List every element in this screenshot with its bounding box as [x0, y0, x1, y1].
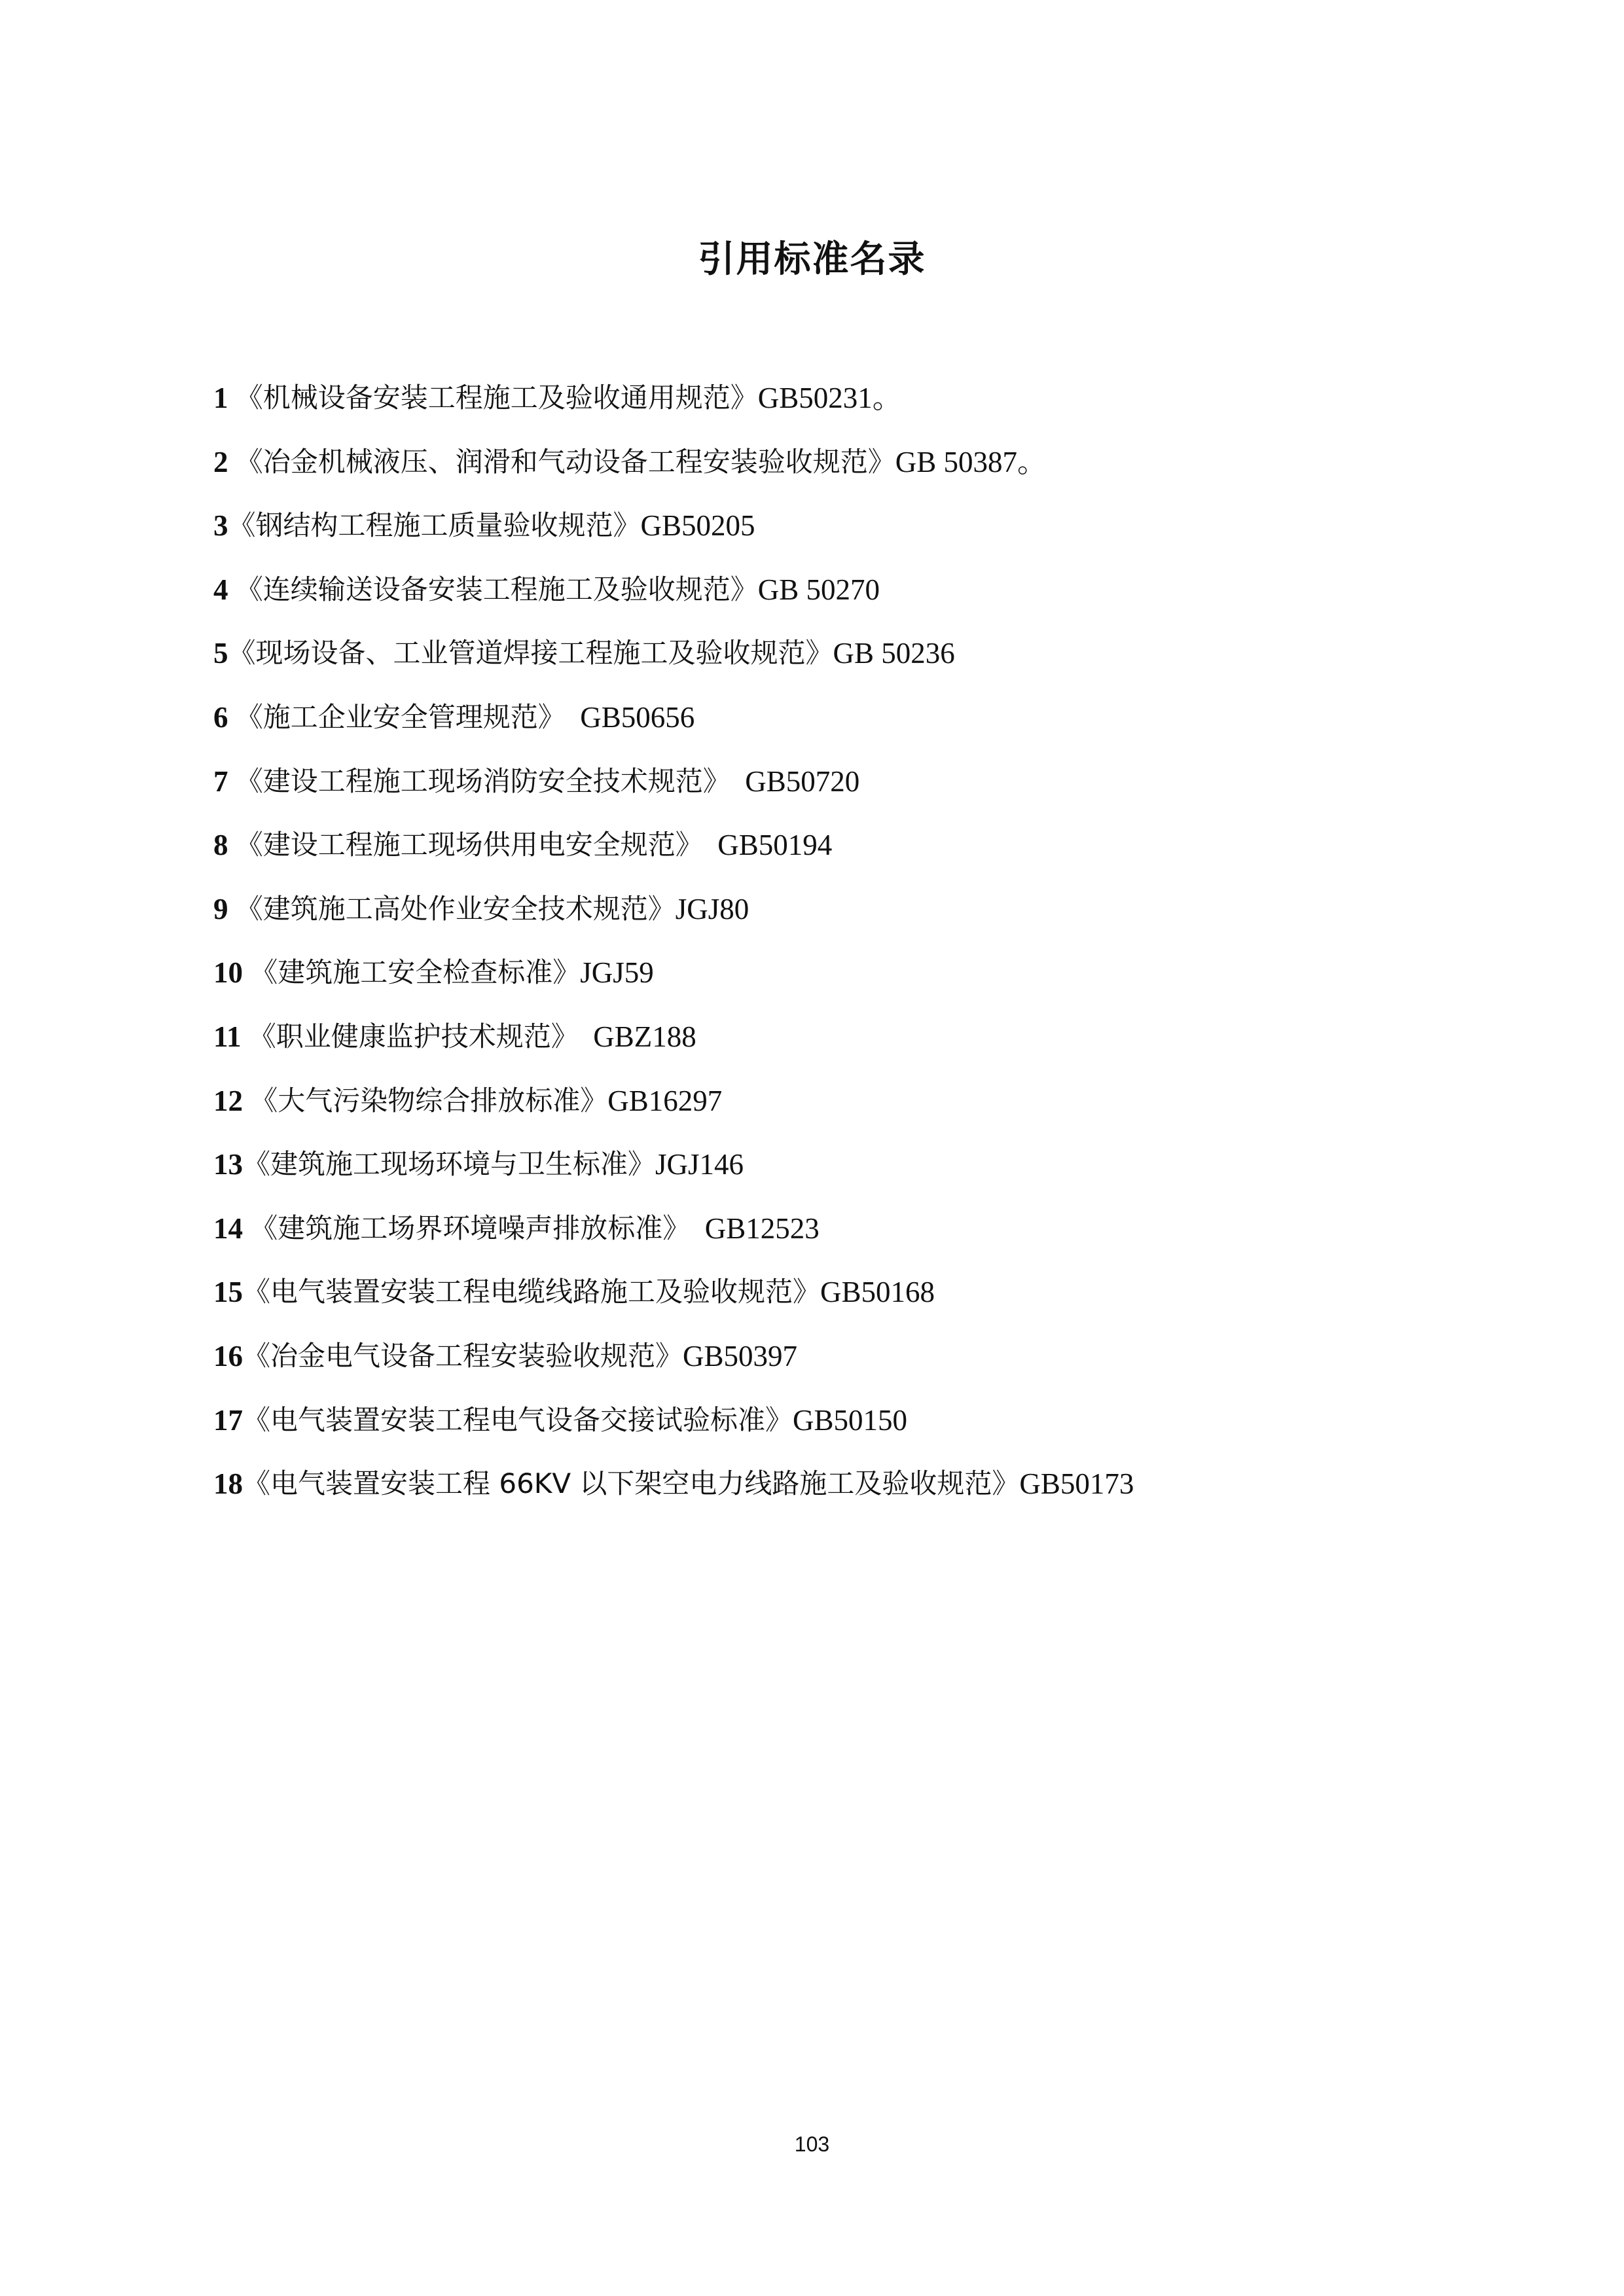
item-title: 《冶金机械液压、润滑和气动设备工程安装验收规范》 [236, 442, 895, 482]
item-title: 《职业健康监护技术规范》 [249, 1017, 579, 1056]
item-title: 《建筑施工场界环境噪声排放标准》 [250, 1209, 690, 1248]
item-number: 6 [213, 698, 228, 737]
item-number: 18 [213, 1464, 243, 1503]
item-number: 10 [213, 953, 243, 992]
item-number: 2 [213, 442, 228, 482]
item-title: 《建设工程施工现场消防安全技术规范》 [236, 762, 731, 801]
list-item: 7 《建设工程施工现场消防安全技术规范》 GB50720 [213, 762, 1134, 826]
item-code: GB50656 [566, 698, 695, 737]
list-item: 8 《建设工程施工现场供用电安全规范》 GB50194 [213, 825, 1134, 889]
item-title: 《现场设备、工业管道焊接工程施工及验收规范》 [228, 634, 833, 673]
item-number: 5 [213, 634, 228, 673]
list-item: 6 《施工企业安全管理规范》 GB50656 [213, 698, 1134, 762]
list-item: 16《冶金电气设备工程安装验收规范》GB50397 [213, 1336, 1134, 1401]
standards-list: 1 《机械设备安装工程施工及验收通用规范》GB50231。 2 《冶金机械液压、… [213, 378, 1134, 1528]
list-item: 9 《建筑施工高处作业安全技术规范》JGJ80 [213, 889, 1134, 954]
item-spacer [228, 698, 236, 737]
item-code: GB50194 [703, 825, 833, 865]
list-item: 3《钢结构工程施工质量验收规范》GB50205 [213, 506, 1134, 570]
item-number: 11 [213, 1017, 242, 1056]
item-code: JGJ59 [580, 953, 654, 992]
item-code: GB16297 [607, 1081, 722, 1121]
item-spacer [243, 1081, 250, 1121]
list-item: 2 《冶金机械液压、润滑和气动设备工程安装验收规范》GB 50387。 [213, 442, 1134, 507]
item-title: 《冶金电气设备工程安装验收规范》 [243, 1336, 683, 1376]
item-code: JGJ80 [676, 889, 749, 929]
item-title: 《机械设备安装工程施工及验收通用规范》 [236, 378, 758, 418]
item-number: 17 [213, 1401, 243, 1440]
item-code: GB 50387。 [895, 442, 1047, 482]
item-spacer [228, 570, 236, 609]
list-item: 1 《机械设备安装工程施工及验收通用规范》GB50231。 [213, 378, 1134, 442]
item-code: GBZ188 [579, 1017, 696, 1056]
page-title: 引用标准名录 [0, 237, 1624, 283]
page-number: 103 [0, 2132, 1624, 2157]
item-title: 《电气装置安装工程 66KV 以下架空电力线路施工及验收规范》 [243, 1464, 1019, 1503]
item-spacer [242, 1017, 249, 1056]
item-number: 4 [213, 570, 228, 609]
item-title: 《施工企业安全管理规范》 [236, 698, 566, 737]
item-spacer [228, 378, 236, 418]
item-code: GB50168 [820, 1272, 935, 1312]
item-number: 7 [213, 762, 228, 801]
item-code: GB50231。 [758, 378, 902, 418]
item-title: 《连续输送设备安装工程施工及验收规范》 [236, 570, 758, 609]
item-number: 12 [213, 1081, 243, 1121]
list-item: 10 《建筑施工安全检查标准》JGJ59 [213, 953, 1134, 1017]
item-spacer [243, 953, 250, 992]
item-number: 15 [213, 1272, 243, 1312]
item-title: 《建设工程施工现场供用电安全规范》 [236, 825, 703, 865]
item-title: 《大气污染物综合排放标准》 [250, 1081, 607, 1121]
list-item: 5《现场设备、工业管道焊接工程施工及验收规范》GB 50236 [213, 634, 1134, 698]
item-code: GB 50270 [758, 570, 880, 609]
list-item: 18《电气装置安装工程 66KV 以下架空电力线路施工及验收规范》GB50173 [213, 1464, 1134, 1528]
item-code: GB 50236 [833, 634, 955, 673]
list-item: 13《建筑施工现场环境与卫生标准》JGJ146 [213, 1145, 1134, 1209]
list-item: 17《电气装置安装工程电气设备交接试验标准》GB50150 [213, 1401, 1134, 1465]
item-number: 13 [213, 1145, 243, 1184]
list-item: 15《电气装置安装工程电缆线路施工及验收规范》GB50168 [213, 1272, 1134, 1336]
item-title: 《电气装置安装工程电气设备交接试验标准》 [243, 1401, 793, 1440]
item-title: 《钢结构工程施工质量验收规范》 [228, 506, 641, 545]
list-item: 11 《职业健康监护技术规范》 GBZ188 [213, 1017, 1134, 1081]
item-title: 《建筑施工安全检查标准》 [250, 953, 580, 992]
item-code: GB50720 [731, 762, 860, 801]
item-code: GB50173 [1019, 1464, 1134, 1503]
item-spacer [228, 889, 236, 929]
item-title: 《建筑施工现场环境与卫生标准》 [243, 1145, 655, 1184]
item-number: 8 [213, 825, 228, 865]
item-number: 3 [213, 506, 228, 545]
item-number: 16 [213, 1336, 243, 1376]
list-item: 4 《连续输送设备安装工程施工及验收规范》GB 50270 [213, 570, 1134, 634]
item-number: 14 [213, 1209, 243, 1248]
item-title: 《建筑施工高处作业安全技术规范》 [236, 889, 676, 929]
item-code: GB50397 [683, 1336, 797, 1376]
item-spacer [228, 762, 236, 801]
item-code: GB12523 [690, 1209, 820, 1248]
item-code: GB50205 [641, 506, 755, 545]
item-title: 《电气装置安装工程电缆线路施工及验收规范》 [243, 1272, 820, 1312]
item-spacer [228, 825, 236, 865]
item-code: GB50150 [793, 1401, 907, 1440]
list-item: 14 《建筑施工场界环境噪声排放标准》 GB12523 [213, 1209, 1134, 1273]
item-number: 1 [213, 378, 228, 418]
item-spacer [228, 442, 236, 482]
item-number: 9 [213, 889, 228, 929]
item-code: JGJ146 [655, 1145, 744, 1184]
list-item: 12 《大气污染物综合排放标准》GB16297 [213, 1081, 1134, 1145]
item-spacer [243, 1209, 250, 1248]
